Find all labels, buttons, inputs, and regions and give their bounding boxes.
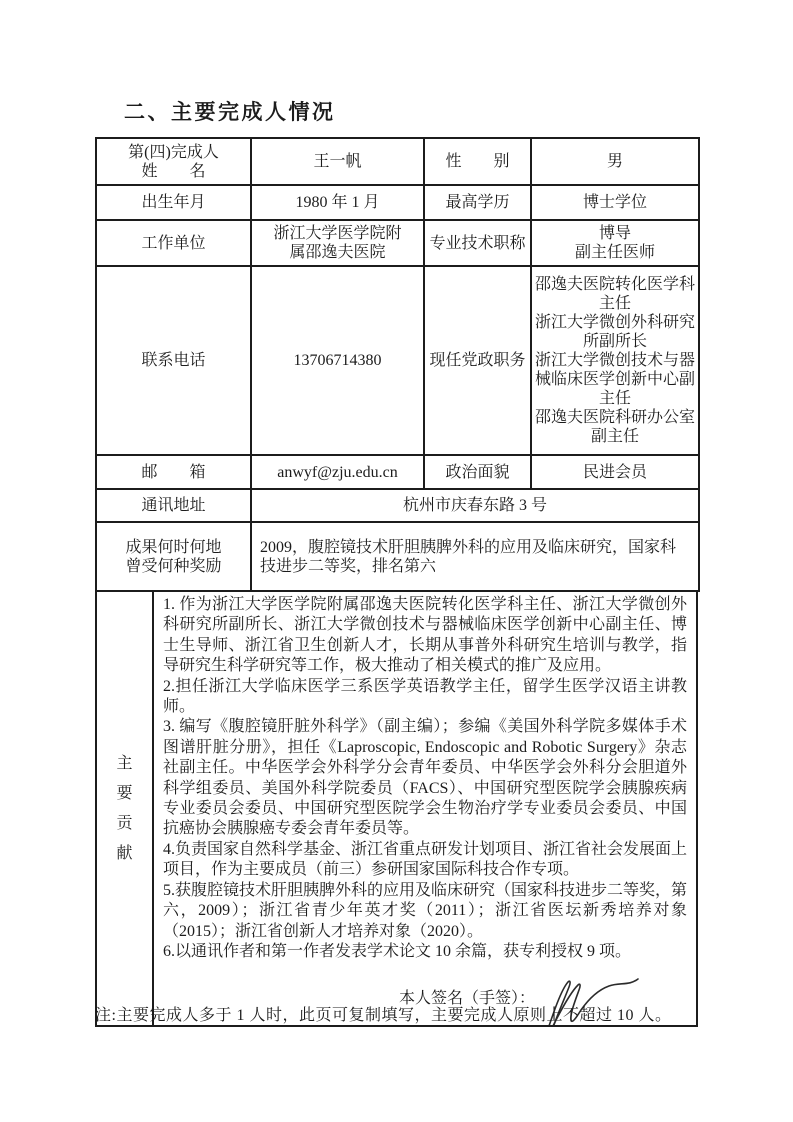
document-page: 二、主要完成人情况 第(四)完成人 姓 名 王一帆 性 别 男 出生年月 198… xyxy=(0,0,793,1122)
field-value-gender: 男 xyxy=(531,138,699,185)
section-title: 二、主要完成人情况 xyxy=(124,96,336,126)
field-label-professional-title: 专业技术职称 xyxy=(424,220,531,266)
field-value-awards-received: 2009，腹腔镜技术肝胆胰脾外科的应用及临床研究，国家科技进步二等奖，排名第六 xyxy=(251,522,699,591)
completer-info-form: 第(四)完成人 姓 名 王一帆 性 别 男 出生年月 1980 年 1 月 最高… xyxy=(95,137,698,1027)
table-row: 第(四)完成人 姓 名 王一帆 性 别 男 xyxy=(96,138,699,185)
field-value-highest-degree: 博士学位 xyxy=(531,185,699,220)
field-value-birth-date: 1980 年 1 月 xyxy=(251,185,424,220)
contribution-item-2: 2.担任浙江大学临床医学三系医学英语教学主任，留学生医学汉语主讲教师。 xyxy=(163,677,687,718)
table-row: 出生年月 1980 年 1 月 最高学历 博士学位 xyxy=(96,185,699,220)
field-value-current-positions: 邵逸夫医院转化医学科主任 浙江大学微创外科研究所副所长 浙江大学微创技术与器械临… xyxy=(531,266,699,455)
field-label-current-positions: 现任党政职务 xyxy=(424,266,531,455)
field-value-main-contributions: 1. 作为浙江大学医学院附属邵逸夫医院转化医学科主任、浙江大学微创外科研究所副所… xyxy=(154,592,696,1025)
contribution-item-1: 1. 作为浙江大学医学院附属邵逸夫医院转化医学科主任、浙江大学微创外科研究所副所… xyxy=(163,595,687,677)
field-label-completer-name: 第(四)完成人 姓 名 xyxy=(96,138,251,185)
field-value-email: anwyf@zju.edu.cn xyxy=(251,455,424,489)
field-label-political-status: 政治面貌 xyxy=(424,455,531,489)
field-value-political-status: 民进会员 xyxy=(531,455,699,489)
field-value-mailing-address: 杭州市庆春东路 3 号 xyxy=(251,489,699,522)
field-label-phone: 联系电话 xyxy=(96,266,251,455)
table-row: 联系电话 13706714380 现任党政职务 邵逸夫医院转化医学科主任 浙江大… xyxy=(96,266,699,455)
table-row: 通讯地址 杭州市庆春东路 3 号 xyxy=(96,489,699,522)
field-label-gender: 性 别 xyxy=(424,138,531,185)
field-value-phone: 13706714380 xyxy=(251,266,424,455)
contribution-item-4: 4.负责国家自然科学基金、浙江省重点研发计划项目、浙江省社会发展面上项目，作为主… xyxy=(163,840,687,881)
table-row: 成果何时何地 曾受何种奖励 2009，腹腔镜技术肝胆胰脾外科的应用及临床研究，国… xyxy=(96,522,699,591)
table-row: 工作单位 浙江大学医学院附 属邵逸夫医院 专业技术职称 博导 副主任医师 xyxy=(96,220,699,266)
completer-info-table: 第(四)完成人 姓 名 王一帆 性 别 男 出生年月 1980 年 1 月 最高… xyxy=(95,137,700,592)
field-label-awards-received: 成果何时何地 曾受何种奖励 xyxy=(96,522,251,591)
field-label-work-unit: 工作单位 xyxy=(96,220,251,266)
field-value-completer-name: 王一帆 xyxy=(251,138,424,185)
main-contributions-row: 主 要 贡 献 1. 作为浙江大学医学院附属邵逸夫医院转化医学科主任、浙江大学微… xyxy=(95,592,698,1027)
field-value-work-unit: 浙江大学医学院附 属邵逸夫医院 xyxy=(251,220,424,266)
field-label-highest-degree: 最高学历 xyxy=(424,185,531,220)
contribution-item-6: 6.以通讯作者和第一作者发表学术论文 10 余篇，获专利授权 9 项。 xyxy=(163,942,687,962)
field-value-professional-title: 博导 副主任医师 xyxy=(531,220,699,266)
field-label-main-contributions: 主 要 贡 献 xyxy=(97,592,154,1025)
field-label-email: 邮 箱 xyxy=(96,455,251,489)
contribution-item-3: 3. 编写《腹腔镜肝脏外科学》（副主编）；参编《美国外科学院多媒体手术图谱肝脏分… xyxy=(163,717,687,839)
table-row: 邮 箱 anwyf@zju.edu.cn 政治面貌 民进会员 xyxy=(96,455,699,489)
field-label-birth-date: 出生年月 xyxy=(96,185,251,220)
field-label-mailing-address: 通讯地址 xyxy=(96,489,251,522)
contribution-item-5: 5.获腹腔镜技术肝胆胰脾外科的应用及临床研究（国家科技进步二等奖，第六，2009… xyxy=(163,881,687,942)
footnote: 注:主要完成人多于 1 人时，此页可复制填写，主要完成人原则上不超过 10 人。 xyxy=(95,1002,671,1025)
